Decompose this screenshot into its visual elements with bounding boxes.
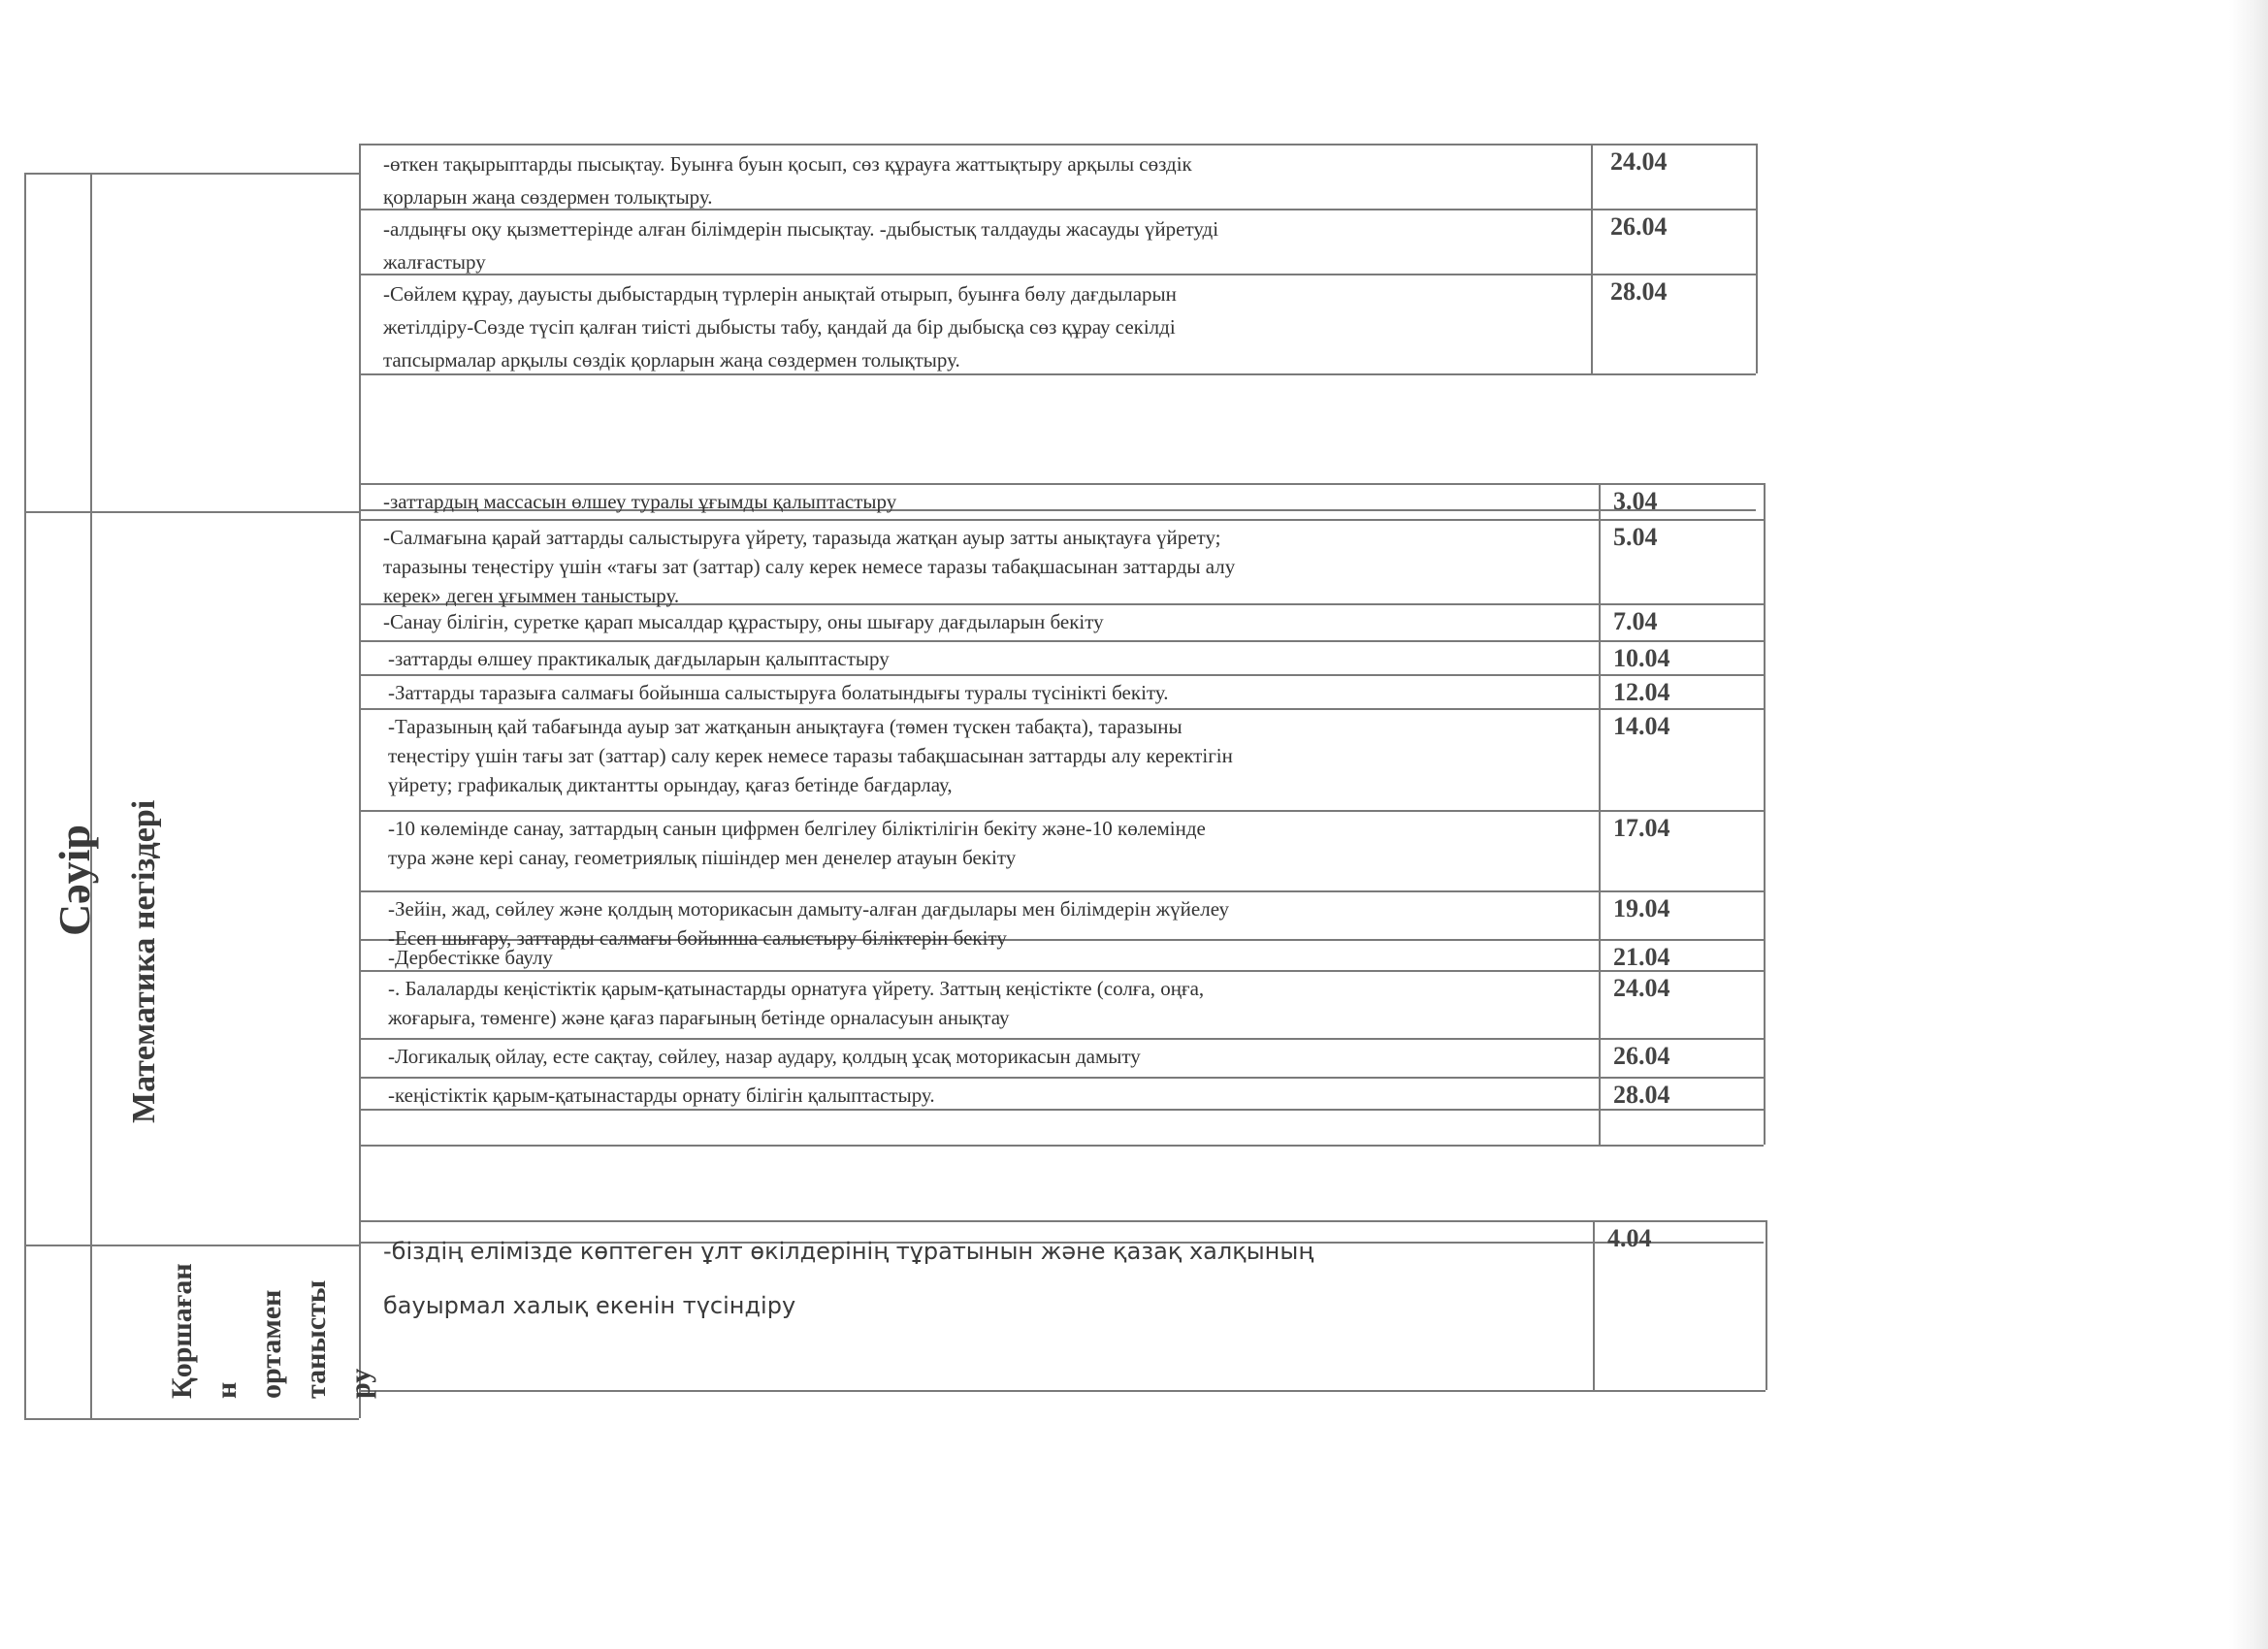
page-edge [2229, 0, 2268, 1649]
table-rule [1764, 483, 1766, 1145]
activity-text: жоғарыға, төменге) және қағаз парағының … [388, 1003, 1009, 1032]
table-rule [1599, 483, 1601, 1145]
lesson-date: 26.04 [1613, 1042, 1670, 1071]
lesson-date: 28.04 [1610, 277, 1668, 307]
lesson-date: 26.04 [1610, 212, 1668, 242]
lesson-date: 12.04 [1613, 678, 1670, 707]
subject-label-environment: Қоршаған н ортамен танысты ру [160, 1263, 383, 1399]
table-rule [1766, 1220, 1767, 1390]
activity-text: -Сөйлем құрау, дауысты дыбыстардың түрле… [383, 277, 1177, 310]
table-rule [1591, 144, 1593, 373]
activity-text: тапсырмалар арқылы сөздік қорларын жаңа … [383, 343, 960, 376]
month-label: Сәуір [49, 824, 100, 936]
activity-text: -Санау білігін, суретке қарап мысалдар қ… [383, 607, 1104, 636]
activity-text: жетілдіру-Сөзде түсіп қалған тиісті дыбы… [383, 310, 1176, 343]
activity-text: теңестіру үшін тағы зат (заттар) салу ке… [388, 741, 1233, 770]
activity-text: -кеңістіктік қарым-қатынастарды орнату б… [388, 1081, 935, 1110]
table-rule [359, 1390, 1766, 1392]
activity-text: қорларын жаңа сөздермен толықтыру. [383, 180, 713, 213]
activity-text: -10 көлемінде санау, заттардың санын циф… [388, 814, 1206, 843]
activity-text: -біздің елімізде көптеген ұлт өкілдеріні… [383, 1224, 1313, 1278]
activity-text: -алдыңғы оқу қызметтерінде алған білімде… [383, 212, 1218, 245]
lesson-date: 19.04 [1613, 894, 1670, 923]
lesson-date: 17.04 [1613, 814, 1670, 843]
table-rule [359, 483, 1764, 485]
lesson-date: 14.04 [1613, 712, 1670, 741]
lesson-date: 3.04 [1613, 487, 1658, 516]
table-rule [359, 970, 1764, 972]
table-rule [359, 708, 1764, 710]
activity-text: -өткен тақырыптарды пысықтау. Буынға буы… [383, 147, 1192, 180]
table-rule [359, 890, 1764, 892]
lesson-date: 10.04 [1613, 644, 1670, 673]
lesson-date: 4.04 [1607, 1224, 1652, 1253]
table-rule [24, 173, 359, 175]
lesson-date: 24.04 [1610, 147, 1668, 177]
table-rule [359, 1220, 1766, 1222]
activity-text: -заттарды өлшеу практикалық дағдыларын қ… [388, 644, 890, 673]
activity-text: керек» деген ұғыммен таныстыру. [383, 581, 679, 610]
activity-text: -Логикалық ойлау, есте сақтау, сөйлеу, н… [388, 1042, 1141, 1071]
activity-text: -заттардың массасын өлшеу туралы ұғымды … [383, 487, 896, 516]
activity-text: -Зейін, жад, сөйлеу және қолдың моторика… [388, 894, 1229, 923]
activity-text: таразыны теңестіру үшін «тағы зат (затта… [383, 552, 1235, 581]
lesson-date: 21.04 [1613, 943, 1670, 972]
lesson-date: 5.04 [1613, 523, 1658, 552]
table-rule [359, 674, 1764, 676]
table-rule [359, 640, 1764, 642]
table-rule [359, 274, 1756, 275]
activity-text: -. Балаларды кеңістіктік қарым-қатынаста… [388, 974, 1204, 1003]
table-rule [24, 173, 26, 1418]
table-rule [359, 1038, 1764, 1040]
table-rule [359, 810, 1764, 812]
table-rule [24, 1418, 359, 1420]
lesson-date: 7.04 [1613, 607, 1658, 636]
table-rule [359, 1145, 1764, 1147]
activity-text: жалғастыру [383, 245, 486, 278]
activity-text: -Таразының қай табағында ауыр зат жатқан… [388, 712, 1183, 741]
table-rule [90, 173, 92, 1418]
activity-text: -Заттарды таразыға салмағы бойынша салыс… [388, 678, 1168, 707]
table-rule [359, 519, 1764, 521]
activity-text: бауырмал халық екенін түсіндіру [383, 1278, 795, 1333]
lesson-date: 28.04 [1613, 1081, 1670, 1110]
activity-text: тура және кері санау, геометриялық пішін… [388, 843, 1016, 872]
activity-text: үйрету; графикалық диктантты орындау, қа… [388, 770, 953, 799]
table-rule [1756, 144, 1758, 373]
table-rule [359, 144, 361, 1418]
table-rule [359, 1077, 1764, 1079]
table-rule [24, 1245, 359, 1246]
activity-text: -Салмағына қарай заттарды салыстыруға үй… [383, 523, 1221, 552]
table-rule [24, 511, 359, 513]
lesson-date: 24.04 [1613, 974, 1670, 1003]
activity-text: -Дербестікке баулу [388, 943, 553, 972]
table-rule [1593, 1220, 1595, 1390]
table-rule [359, 144, 1756, 145]
subject-label-math: Математика негіздері [126, 800, 163, 1123]
